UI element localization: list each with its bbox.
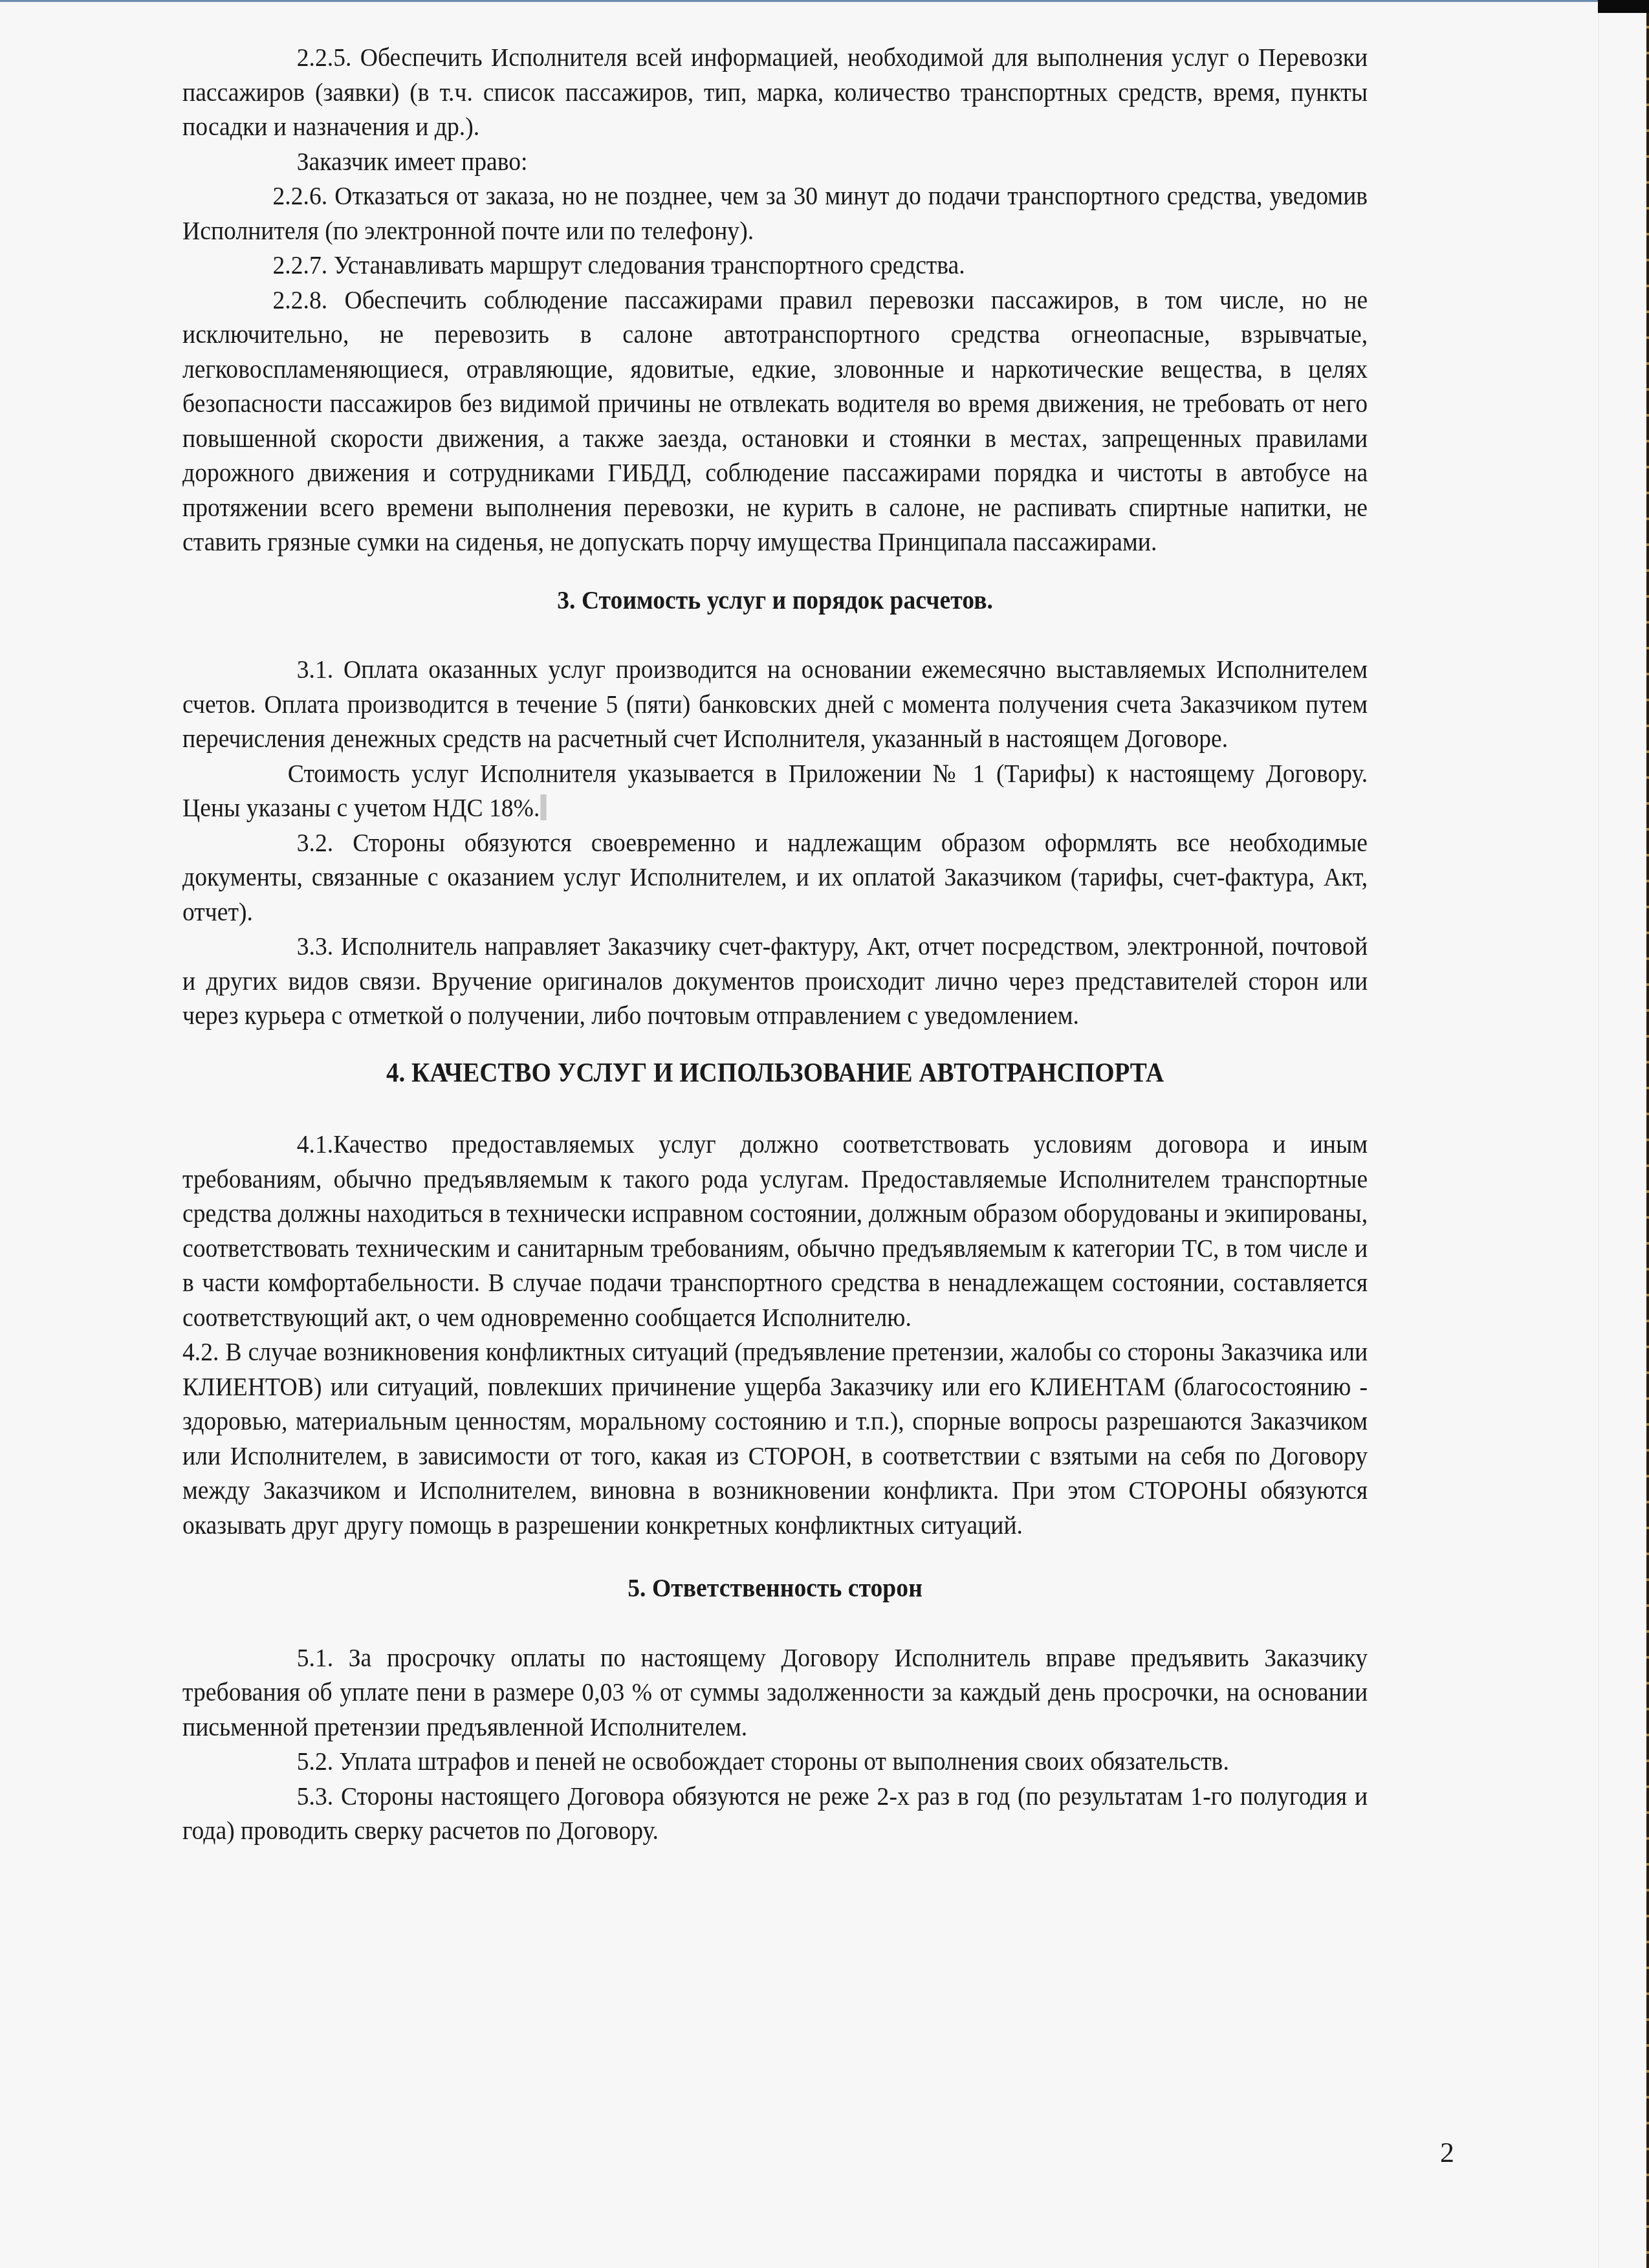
scan-dark-corner — [1598, 0, 1649, 13]
clause-5-3: 5.3. Стороны настоящего Договора обязуют… — [182, 1779, 1368, 1848]
clause-5-1: 5.1. За просрочку оплаты по настоящему Д… — [182, 1641, 1368, 1745]
scan-edge — [0, 0, 1598, 2]
page-number: 2 — [1440, 2136, 1454, 2169]
clause-2-2-8: 2.2.8. Обеспечить соблюдение пассажирами… — [182, 283, 1368, 560]
clause-2-2-6: 2.2.6. Отказаться от заказа, но не поздн… — [182, 179, 1368, 248]
text-cursor — [540, 794, 546, 820]
clause-3-1-cost: Стоимость услуг Исполнителя указывается … — [182, 756, 1368, 825]
clause-5-2: 5.2. Уплата штрафов и пеней не освобожда… — [182, 1744, 1368, 1779]
section-3-heading: 3. Стоимость услуг и порядок расчетов. — [182, 583, 1368, 618]
section-5-heading: 5. Ответственность сторон — [182, 1571, 1368, 1606]
section-4-heading: 4. КАЧЕСТВО УСЛУГ И ИСПОЛЬЗОВАНИЕ АВТОТР… — [182, 1056, 1368, 1091]
document-body: 2.2.5. Обеспечить Исполнителя всей инфор… — [182, 40, 1368, 1848]
clause-4-1: 4.1.Качество предоставляемых услуг должн… — [182, 1127, 1368, 1335]
clause-2-2-7: 2.2.7. Устанавливать маршрут следования … — [182, 248, 1368, 283]
scan-border — [1646, 13, 1649, 2268]
clause-3-1: 3.1. Оплата оказанных услуг производится… — [182, 652, 1368, 756]
customer-rights-label: Заказчик имеет право: — [182, 144, 1368, 179]
clause-4-2: 4.2. В случае возникновения конфликтных … — [182, 1335, 1368, 1542]
clause-3-2: 3.2. Стороны обязуются своевременно и на… — [182, 825, 1368, 930]
clause-3-1-cost-text: Стоимость услуг Исполнителя указывается … — [182, 759, 1368, 823]
clause-2-2-5: 2.2.5. Обеспечить Исполнителя всей инфор… — [182, 40, 1368, 144]
clause-3-3: 3.3. Исполнитель направляет Заказчику сч… — [182, 929, 1368, 1033]
page-edge — [1598, 13, 1599, 2268]
